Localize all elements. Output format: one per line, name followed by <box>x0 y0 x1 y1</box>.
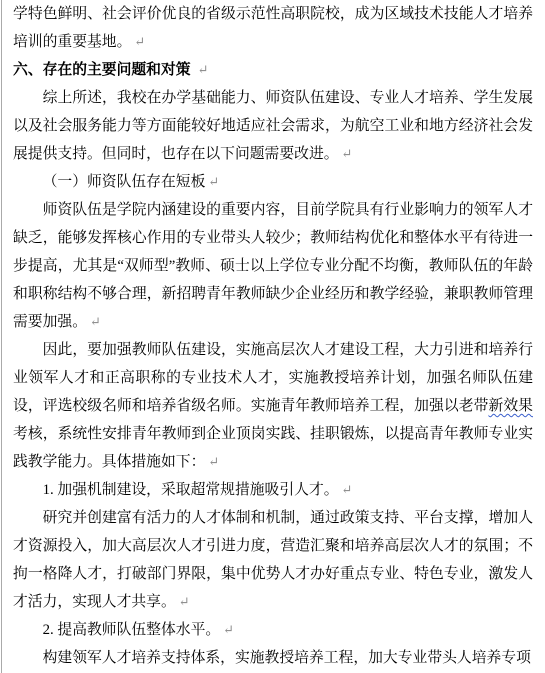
section-heading[interactable]: 六、存在的主要问题和对策↵ <box>13 56 533 84</box>
document-text-area[interactable]: 学特色鲜明、社会评价优良的省级示范性高职院校，成为区域技术技能人才培养培训的重要… <box>13 0 533 672</box>
paragraph-text[interactable]: 因此，要加强教师队伍建设，实施高层次人才建设工程，大力引进和培养行业领军人才和正… <box>13 342 533 414</box>
paragraph[interactable]: 研究并创建富有活力的人才体制和机制，通过政策支持、平台支撑，增加人才资源投入，加… <box>13 504 533 616</box>
paragraph-mark-icon: ↵ <box>208 174 219 189</box>
paragraph-text[interactable]: 考核，系统性安排青年教师到企业顶岗实践、挂职锻炼，以提高青年教师专业实践教学能力… <box>13 426 533 470</box>
spellcheck-flagged-text[interactable]: 新效果 <box>488 398 533 414</box>
paragraph[interactable]: 因此，要加强教师队伍建设，实施高层次人才建设工程，大力引进和培养行业领军人才和正… <box>13 336 533 476</box>
numbered-item-text[interactable]: 1. 加强机制建设，采取超常规措施吸引人才。 <box>43 482 339 498</box>
paragraph[interactable]: 综上所述，我校在办学基础能力、师资队伍建设、专业人才培养、学生发展以及社会服务能… <box>13 84 533 168</box>
page-edge-line <box>1 0 2 673</box>
paragraph-text[interactable]: 综上所述，我校在办学基础能力、师资队伍建设、专业人才培养、学生发展以及社会服务能… <box>13 90 533 162</box>
paragraph-mark-icon: ↵ <box>179 594 190 609</box>
paragraph-mark-icon: ↵ <box>134 34 145 49</box>
paragraph[interactable]: 师资队伍是学院内涵建设的重要内容，目前学院具有行业影响力的领军人才缺乏，能够发挥… <box>13 196 533 336</box>
numbered-item[interactable]: 2. 提高教师队伍整体水平。↵ <box>13 616 533 644</box>
numbered-item[interactable]: 1. 加强机制建设，采取超常规措施吸引人才。↵ <box>13 476 533 504</box>
numbered-item-text[interactable]: 2. 提高教师队伍整体水平。 <box>43 622 221 638</box>
paragraph-text[interactable]: 师资队伍是学院内涵建设的重要内容，目前学院具有行业影响力的领军人才缺乏，能够发挥… <box>13 202 533 330</box>
subsection-heading[interactable]: （一）师资队伍存在短板↵ <box>13 168 533 196</box>
paragraph-mark-icon: ↵ <box>208 454 219 469</box>
paragraph-text[interactable]: 学特色鲜明、社会评价优良的省级示范性高职院校，成为区域技术技能人才培养培训的重要… <box>13 6 533 50</box>
paragraph-mark-icon: ↵ <box>90 314 101 329</box>
paragraph-mark-icon: ↵ <box>342 146 353 161</box>
paragraph-text[interactable]: 构建领军人才培养支持体系，实施教授培养工程，加大专业带头人培养专项 <box>43 650 531 666</box>
paragraph[interactable]: 构建领军人才培养支持体系，实施教授培养工程，加大专业带头人培养专项 <box>13 644 533 672</box>
subsection-heading-text[interactable]: （一）师资队伍存在短板 <box>43 174 206 190</box>
document-page: 学特色鲜明、社会评价优良的省级示范性高职院校，成为区域技术技能人才培养培训的重要… <box>0 0 545 673</box>
paragraph-mark-icon: ↵ <box>342 482 353 497</box>
paragraph-mark-icon: ↵ <box>198 62 209 77</box>
section-heading-text[interactable]: 六、存在的主要问题和对策 <box>13 62 191 78</box>
paragraph-text[interactable]: 研究并创建富有活力的人才体制和机制，通过政策支持、平台支撑，增加人才资源投入，加… <box>13 510 533 610</box>
paragraph-mark-icon: ↵ <box>223 622 234 637</box>
paragraph[interactable]: 学特色鲜明、社会评价优良的省级示范性高职院校，成为区域技术技能人才培养培训的重要… <box>13 0 533 56</box>
